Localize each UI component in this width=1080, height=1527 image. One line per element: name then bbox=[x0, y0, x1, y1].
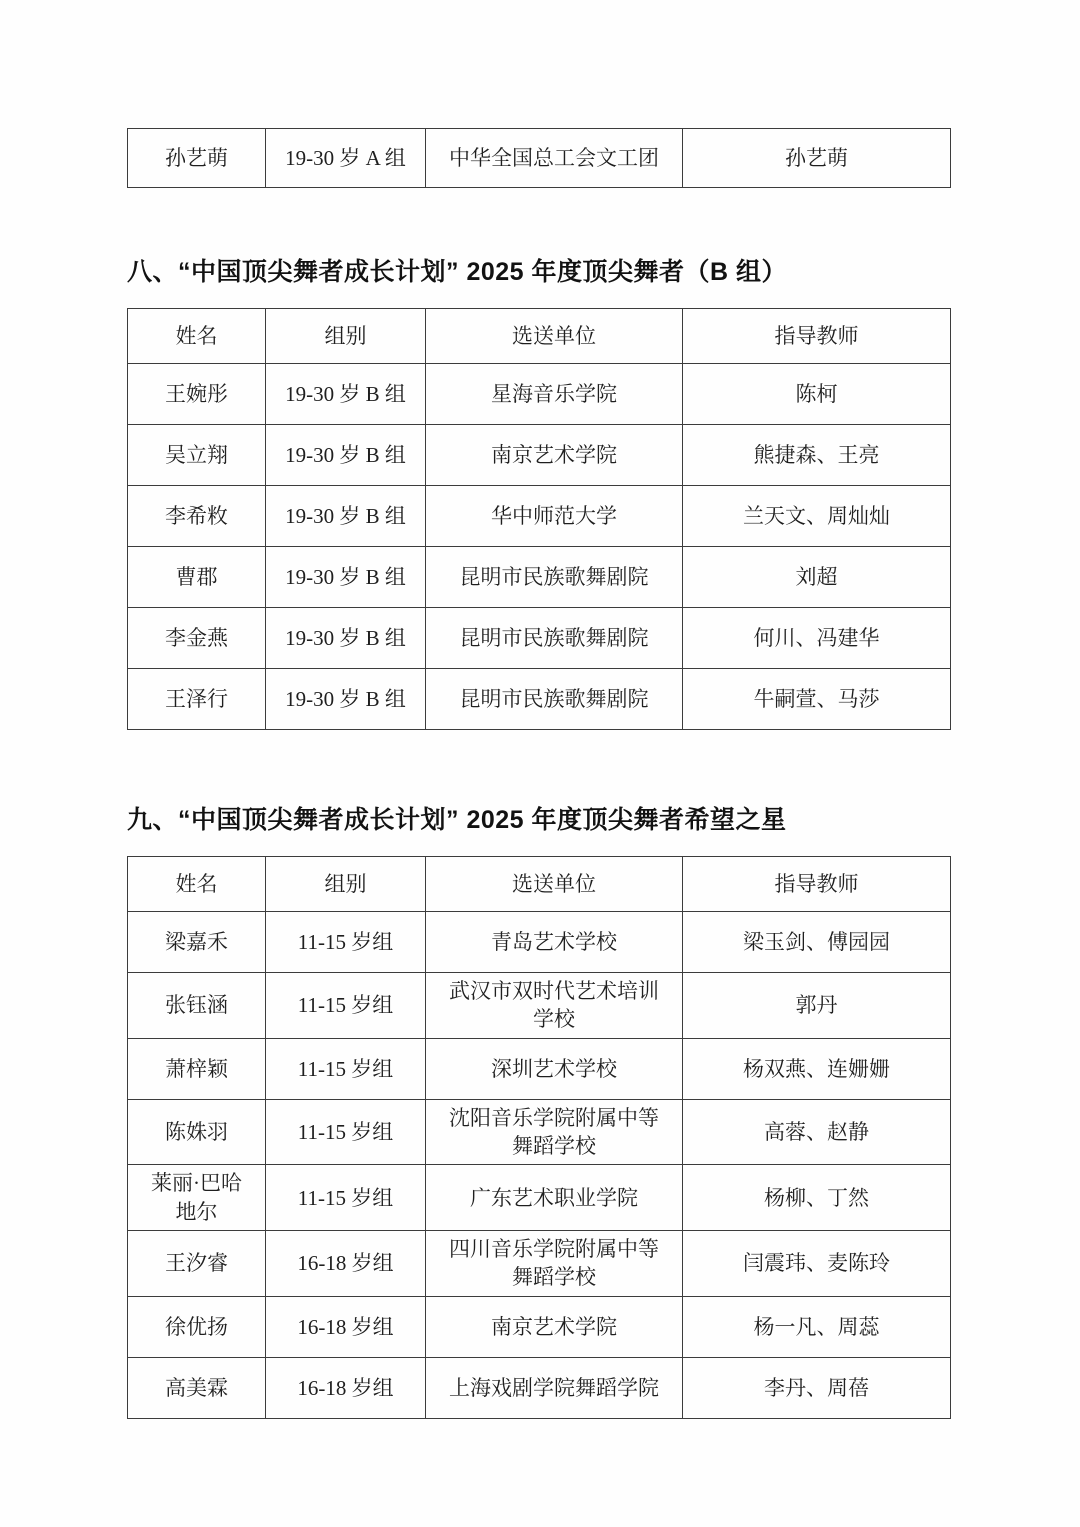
teacher-cell: 杨双燕、连姗姗 bbox=[683, 1038, 951, 1099]
document-page: 孙艺萌 19-30 岁 A 组 中华全国总工会文工团 孙艺萌 八、“中国顶尖舞者… bbox=[0, 0, 1080, 1527]
name-cell: 孙艺萌 bbox=[128, 129, 266, 188]
teacher-cell: 杨一凡、周蕊 bbox=[683, 1296, 951, 1357]
unit-cell: 沈阳音乐学院附属中等舞蹈学校 bbox=[426, 1099, 683, 1165]
group-cell: 11-15 岁组 bbox=[266, 1099, 426, 1165]
teacher-cell: 闫震玮、麦陈玲 bbox=[683, 1231, 951, 1297]
teacher-cell: 孙艺萌 bbox=[683, 129, 951, 188]
group-cell: 19-30 岁 B 组 bbox=[266, 669, 426, 730]
unit-cell: 南京艺术学院 bbox=[426, 425, 683, 486]
header-name: 姓名 bbox=[128, 857, 266, 912]
name-cell: 曹郡 bbox=[128, 547, 266, 608]
group-cell: 19-30 岁 A 组 bbox=[266, 129, 426, 188]
table-row: 吴立翔 19-30 岁 B 组 南京艺术学院 熊捷森、王亮 bbox=[128, 425, 951, 486]
unit-cell: 深圳艺术学校 bbox=[426, 1038, 683, 1099]
teacher-cell: 兰天文、周灿灿 bbox=[683, 486, 951, 547]
carryover-table: 孙艺萌 19-30 岁 A 组 中华全国总工会文工团 孙艺萌 bbox=[127, 128, 951, 188]
name-cell: 高美霖 bbox=[128, 1357, 266, 1418]
teacher-cell: 刘超 bbox=[683, 547, 951, 608]
unit-cell: 星海音乐学院 bbox=[426, 364, 683, 425]
group-cell: 19-30 岁 B 组 bbox=[266, 547, 426, 608]
header-group: 组别 bbox=[266, 857, 426, 912]
teacher-cell: 高蓉、赵静 bbox=[683, 1099, 951, 1165]
table-row: 曹郡 19-30 岁 B 组 昆明市民族歌舞剧院 刘超 bbox=[128, 547, 951, 608]
teacher-cell: 李丹、周蓓 bbox=[683, 1357, 951, 1418]
table-row: 王汐睿 16-18 岁组 四川音乐学院附属中等舞蹈学校 闫震玮、麦陈玲 bbox=[128, 1231, 951, 1297]
group-cell: 11-15 岁组 bbox=[266, 1165, 426, 1231]
group-cell: 11-15 岁组 bbox=[266, 1038, 426, 1099]
name-cell: 王婉彤 bbox=[128, 364, 266, 425]
group-cell: 16-18 岁组 bbox=[266, 1296, 426, 1357]
section-b-title: 八、“中国顶尖舞者成长计划” 2025 年度顶尖舞者（B 组） bbox=[127, 252, 950, 288]
group-cell: 19-30 岁 B 组 bbox=[266, 486, 426, 547]
header-teacher: 指导教师 bbox=[683, 857, 951, 912]
name-cell: 王泽行 bbox=[128, 669, 266, 730]
header-name: 姓名 bbox=[128, 309, 266, 364]
group-cell: 16-18 岁组 bbox=[266, 1357, 426, 1418]
group-cell: 11-15 岁组 bbox=[266, 973, 426, 1039]
table-row: 张钰涵 11-15 岁组 武汉市双时代艺术培训学校 郭丹 bbox=[128, 973, 951, 1039]
name-cell: 萧梓颖 bbox=[128, 1038, 266, 1099]
name-cell: 陈姝羽 bbox=[128, 1099, 266, 1165]
unit-cell: 南京艺术学院 bbox=[426, 1296, 683, 1357]
table-header-row: 姓名 组别 选送单位 指导教师 bbox=[128, 309, 951, 364]
table-row: 梁嘉禾 11-15 岁组 青岛艺术学校 梁玉剑、傅园园 bbox=[128, 912, 951, 973]
unit-cell: 昆明市民族歌舞剧院 bbox=[426, 608, 683, 669]
table-row: 李金燕 19-30 岁 B 组 昆明市民族歌舞剧院 何川、冯建华 bbox=[128, 608, 951, 669]
name-cell: 李金燕 bbox=[128, 608, 266, 669]
table-row: 陈姝羽 11-15 岁组 沈阳音乐学院附属中等舞蹈学校 高蓉、赵静 bbox=[128, 1099, 951, 1165]
name-cell: 梁嘉禾 bbox=[128, 912, 266, 973]
table-row: 高美霖 16-18 岁组 上海戏剧学院舞蹈学院 李丹、周蓓 bbox=[128, 1357, 951, 1418]
unit-cell: 昆明市民族歌舞剧院 bbox=[426, 669, 683, 730]
unit-cell: 中华全国总工会文工团 bbox=[426, 129, 683, 188]
teacher-cell: 杨柳、丁然 bbox=[683, 1165, 951, 1231]
header-teacher: 指导教师 bbox=[683, 309, 951, 364]
teacher-cell: 牛嗣萱、马莎 bbox=[683, 669, 951, 730]
teacher-cell: 何川、冯建华 bbox=[683, 608, 951, 669]
unit-cell: 华中师范大学 bbox=[426, 486, 683, 547]
unit-cell: 四川音乐学院附属中等舞蹈学校 bbox=[426, 1231, 683, 1297]
group-cell: 11-15 岁组 bbox=[266, 912, 426, 973]
teacher-cell: 熊捷森、王亮 bbox=[683, 425, 951, 486]
name-cell: 王汐睿 bbox=[128, 1231, 266, 1297]
group-cell: 16-18 岁组 bbox=[266, 1231, 426, 1297]
name-cell: 张钰涵 bbox=[128, 973, 266, 1039]
table-row: 徐优扬 16-18 岁组 南京艺术学院 杨一凡、周蕊 bbox=[128, 1296, 951, 1357]
group-cell: 19-30 岁 B 组 bbox=[266, 425, 426, 486]
table-header-row: 姓名 组别 选送单位 指导教师 bbox=[128, 857, 951, 912]
table-row: 萧梓颖 11-15 岁组 深圳艺术学校 杨双燕、连姗姗 bbox=[128, 1038, 951, 1099]
table-row: 王婉彤 19-30 岁 B 组 星海音乐学院 陈柯 bbox=[128, 364, 951, 425]
group-cell: 19-30 岁 B 组 bbox=[266, 608, 426, 669]
teacher-cell: 郭丹 bbox=[683, 973, 951, 1039]
table-row: 王泽行 19-30 岁 B 组 昆明市民族歌舞剧院 牛嗣萱、马莎 bbox=[128, 669, 951, 730]
teacher-cell: 梁玉剑、傅园园 bbox=[683, 912, 951, 973]
name-cell: 吴立翔 bbox=[128, 425, 266, 486]
header-group: 组别 bbox=[266, 309, 426, 364]
section-b-table: 姓名 组别 选送单位 指导教师 王婉彤 19-30 岁 B 组 星海音乐学院 陈… bbox=[127, 308, 951, 730]
section-star-title: 九、“中国顶尖舞者成长计划” 2025 年度顶尖舞者希望之星 bbox=[127, 800, 950, 836]
name-cell: 李希敉 bbox=[128, 486, 266, 547]
table-row: 孙艺萌 19-30 岁 A 组 中华全国总工会文工团 孙艺萌 bbox=[128, 129, 951, 188]
header-unit: 选送单位 bbox=[426, 857, 683, 912]
unit-cell: 广东艺术职业学院 bbox=[426, 1165, 683, 1231]
section-star-table: 姓名 组别 选送单位 指导教师 梁嘉禾 11-15 岁组 青岛艺术学校 梁玉剑、… bbox=[127, 856, 951, 1419]
name-cell: 莱丽·巴哈地尔 bbox=[128, 1165, 266, 1231]
teacher-cell: 陈柯 bbox=[683, 364, 951, 425]
unit-cell: 青岛艺术学校 bbox=[426, 912, 683, 973]
header-unit: 选送单位 bbox=[426, 309, 683, 364]
name-cell: 徐优扬 bbox=[128, 1296, 266, 1357]
group-cell: 19-30 岁 B 组 bbox=[266, 364, 426, 425]
table-row: 莱丽·巴哈地尔 11-15 岁组 广东艺术职业学院 杨柳、丁然 bbox=[128, 1165, 951, 1231]
unit-cell: 武汉市双时代艺术培训学校 bbox=[426, 973, 683, 1039]
table-row: 李希敉 19-30 岁 B 组 华中师范大学 兰天文、周灿灿 bbox=[128, 486, 951, 547]
unit-cell: 昆明市民族歌舞剧院 bbox=[426, 547, 683, 608]
unit-cell: 上海戏剧学院舞蹈学院 bbox=[426, 1357, 683, 1418]
